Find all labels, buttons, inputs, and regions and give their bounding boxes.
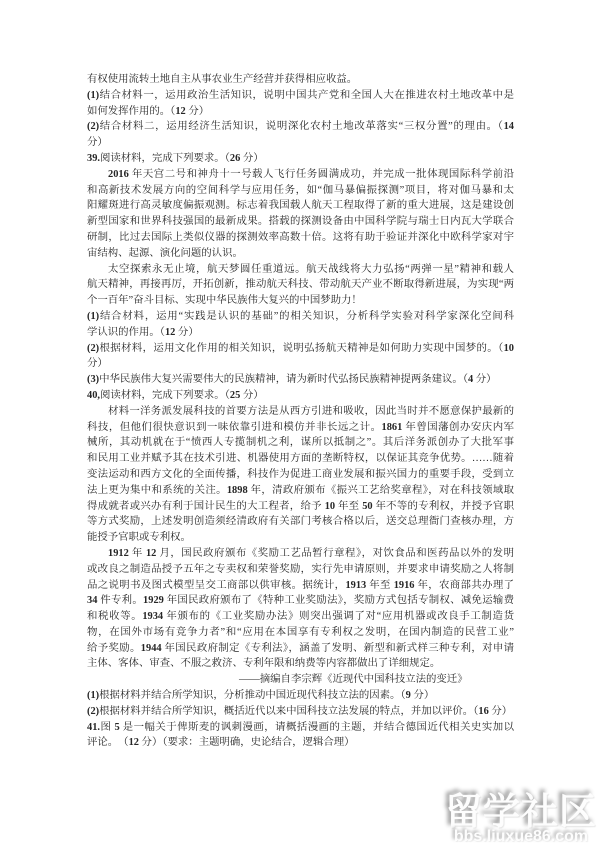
text-line: 如何发挥作用的。（12 分）	[87, 104, 514, 120]
text-line: 太空探索永无止境，航天梦圆任重道远。航天战线将大力弘扬“两弹一星”精神和载人	[87, 262, 514, 278]
text-line: 41.图 5 是一幅关于俾斯麦的讽刺漫画，请概括漫画的主题，并结合德国近代相关史…	[87, 720, 514, 736]
text-line: 个一百年”奋斗目标、实现中华民族伟大复兴的中国梦助力！	[87, 293, 514, 309]
text-line: 34 件专利。1929 年国民政府颁布了《特种工业奖励法》，奖励方式包括专制权、…	[87, 593, 514, 609]
text-line: (2)根据材料并结合所学知识，概括近代以来中国科技立法发展的特点，并加以评价。（…	[87, 704, 514, 720]
text-line: 械所，其动机就在于“愤西人专揽制机之利，谋所以抵制之”。其后洋务派创办了大批军事	[87, 435, 514, 451]
text-line: (2)根据材料，运用文化作用的相关知识，说明弘扬航天精神是如何助力实现中国梦的。…	[87, 341, 514, 357]
text-line: 分）	[87, 135, 514, 151]
text-line: 品之说明书及图式模型呈交工商部以供审核。据统计，1913 年至 1916 年，农…	[87, 578, 514, 594]
text-line: 主体、客体、审查、不服之救济、专利年限和纳费等内容都做出了详细规定。	[87, 656, 514, 672]
text-line: (1)结合材料，运用“实践是认识的基础”的相关知识，分析科学实验对科学家深化空间…	[87, 309, 514, 325]
text-line: 40,阅读材料，完成下列要求。（25 分）	[87, 388, 514, 404]
text-line: 给予奖励。1944 年国民政府制定《专利法》，涵盖了发明、新型和新式样三种专利，…	[87, 641, 514, 657]
exam-paper-page: 有权使用流转土地自主从事农业生产经营并获得相应收益。(1)结合材料一，运用政治生…	[0, 0, 600, 848]
text-line: (2)结合材料二，运用经济生活知识，说明深化农村土地改革落实“三权分置”的理由。…	[87, 119, 514, 135]
text-line: 学认识的作用。（12 分）	[87, 325, 514, 341]
text-line: (1)结合材料一，运用政治生活知识，说明中国共产党和全国人大在推进农村土地改革中…	[87, 88, 514, 104]
text-line: 物，在国外市场有竞争力者”和“应用在本国享有专利权之发明，在国内制造的民营工业”	[87, 625, 514, 641]
text-line: 科技，但他们很快意识到一味依靠引进和模仿并非长远之计。1861 年曾国藩创办安庆…	[87, 420, 514, 436]
watermark-site-url: bbs.liuxue86.com	[445, 828, 597, 845]
text-line: 和高新技术发展方向的空间科学与应用任务，如“伽马暴偏振探测”项目，将对伽马暴和太	[87, 183, 514, 199]
text-line: 材料一洋务派发展科技的首要方法是从西方引进和吸收，因此当时并不愿意保护最新的	[87, 404, 514, 420]
text-line: 分）	[87, 356, 514, 372]
text-line: 和税收等。1934 年颁布的《工业奖励办法》则突出强调了对“应用机器或改良手工制…	[87, 609, 514, 625]
watermark-site-name: 留学社区	[445, 793, 597, 831]
text-line: 阳耀斑进行高灵敏度偏振观测。标志着我国载人航天工程取得了新的重大进展，这是建设创	[87, 198, 514, 214]
text-line: 或改良之制造品授予五年之专卖权和荣誉奖励，实行先申请原则，并要求申请奖励之人将制	[87, 562, 514, 578]
text-line: 39.阅读材料，完成下列要求。（26 分）	[87, 151, 514, 167]
text-line: 航天精神，再接再厉，开拓创新，推动航天科技、带动航天产业不断取得新进展，为实现“…	[87, 277, 514, 293]
text-line: 和民用工业并赋予其在技术引进、机器使用方面的垄断特权，以保证其竞争优势。……随着	[87, 451, 514, 467]
text-line: 等方式奖励，上述发明创造须经清政府有关部门考核合格以后，送交总理衙门查核办理，方	[87, 514, 514, 530]
text-line: 研制，比过去国际上类似仪器的探测效率高数十倍。这将有助于验证并深化中欧科学家对宇	[87, 230, 514, 246]
text-line: 得成就者或兴办有利于国计民生的大工程者，给予 10 年至 50 年不等的专利权，…	[87, 499, 514, 515]
text-line: 能授予官职或专利权。	[87, 530, 514, 546]
text-line: 1912 年 12 月，国民政府颁布《奖励工艺品暂行章程》，对饮食品和医药品以外…	[87, 546, 514, 562]
text-line: (3)中华民族伟大复兴需要伟大的民族精神，请为新时代弘扬民族精神提两条建议。（4…	[87, 372, 514, 388]
watermark: 留学社区 bbs.liuxue86.com	[445, 793, 597, 845]
text-line: 变法运动和西方文化的全面传播，科技作为促进工商业发展和振兴国力的重要手段，受到立	[87, 467, 514, 483]
text-line: (1)根据材料并结合所学知识，分析推动中国近现代科技立法的因素。（9 分）	[87, 688, 514, 704]
text-line: 新型国家和世界科技强国的最新成果。搭载的探测设备由中国科学院与瑞士日内瓦大学联合	[87, 214, 514, 230]
exam-text-block: 有权使用流转土地自主从事农业生产经营并获得相应收益。(1)结合材料一，运用政治生…	[87, 72, 514, 751]
text-line: 有权使用流转土地自主从事农业生产经营并获得相应收益。	[87, 72, 514, 88]
text-line: 法上更为集中和系统的关注。1898 年，清政府颁布《振兴工艺给奖章程》，对在科技…	[87, 483, 514, 499]
text-line: 评论。 （12 分）（要求：主题明确，史论结合，逻辑合理）	[87, 735, 514, 751]
text-line: 宙结构、起源、演化问题的认识。	[87, 246, 514, 262]
text-line: 2016 年天宫二号和神舟十一号载人飞行任务圆满成功，并完成一批体现国际科学前沿	[87, 167, 514, 183]
text-line: ——摘编自李宗辉《近现代中国科技立法的变迁》	[87, 672, 514, 688]
